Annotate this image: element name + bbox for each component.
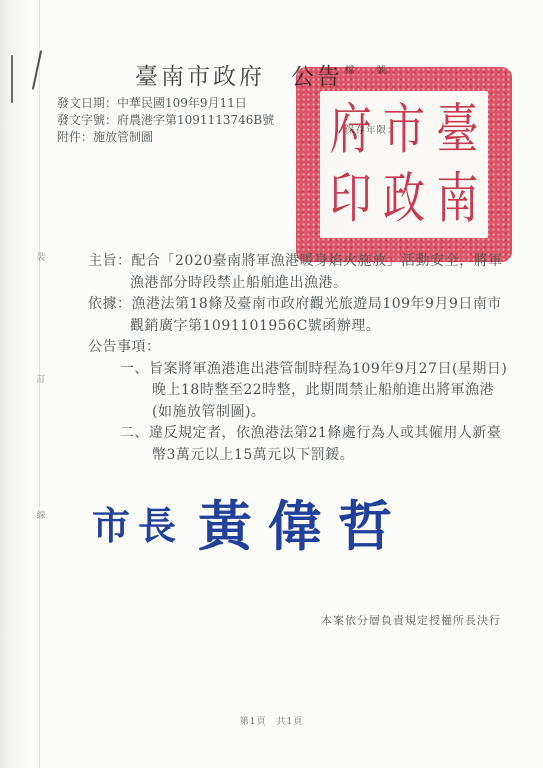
seal-character: 南 bbox=[436, 172, 478, 227]
seal-character: 政 bbox=[383, 172, 425, 227]
authorization-note: 本案依分層負責規定授權所長決行 bbox=[321, 612, 501, 628]
issue-date-value: 中華民國109年9月11日 bbox=[117, 96, 247, 110]
item-text: 違反規定者，依漁港法第21條處行為人或其僱用人新臺幣3萬元以上15萬元以下罰鍰。 bbox=[149, 425, 501, 463]
announcement-items-header: 公告事項： bbox=[88, 337, 512, 359]
seal-character: 印 bbox=[330, 172, 372, 227]
issue-date-label: 發文日期： bbox=[57, 96, 117, 110]
basis-text: 漁港法第18條及臺南市政府觀光旅遊局109年9月9日南市觀銷廣字第1091101… bbox=[130, 296, 502, 334]
document-page: 裝 訂 線 檔 號： 保存年限： 臺南市政府 公告 發文日期：中華民國109年9… bbox=[0, 0, 543, 768]
mayor-signature: 市長 黃偉哲 bbox=[92, 484, 408, 561]
page-number-footer: 第1頁 共1頁 bbox=[0, 714, 543, 727]
subject-clause: 主旨：配合「2020臺南將軍漁港暖身焰火施放」活動安全，將軍漁港部分時段禁止船舶… bbox=[88, 251, 512, 294]
official-seal-inner: 府 市 臺 印 政 南 bbox=[320, 91, 488, 238]
binding-mark-zhuang: 裝 bbox=[35, 250, 47, 263]
attachment-line: 附件：施放管制圖 bbox=[57, 129, 274, 146]
seal-character: 府 bbox=[330, 102, 372, 157]
seal-character: 市 bbox=[383, 102, 425, 157]
announcement-item-1: 一、旨案將軍漁港進出港管制時程為109年9月27日(星期日)晚上18時整至22時… bbox=[88, 359, 512, 424]
basis-label: 依據： bbox=[88, 296, 132, 312]
attachment-label: 附件： bbox=[57, 130, 93, 144]
mayor-title: 市長 bbox=[92, 495, 184, 550]
mayor-name: 黃偉哲 bbox=[198, 484, 408, 561]
doc-number-label: 發文字號： bbox=[57, 113, 117, 127]
subject-text: 配合「2020臺南將軍漁港暖身焰火施放」活動安全，將軍漁港部分時段禁止船舶進出漁… bbox=[130, 253, 503, 291]
document-metadata: 發文日期：中華民國109年9月11日 發文字號：府農港字第1091113746B… bbox=[57, 95, 274, 146]
official-seal: 府 市 臺 印 政 南 bbox=[296, 67, 512, 262]
item-number: 一、 bbox=[120, 361, 149, 377]
basis-clause: 依據：漁港法第18條及臺南市政府觀光旅遊局109年9月9日南市觀銷廣字第1091… bbox=[88, 294, 512, 337]
attachment-value: 施放管制圖 bbox=[93, 130, 153, 144]
issue-date-line: 發文日期：中華民國109年9月11日 bbox=[57, 95, 274, 112]
subject-label: 主旨： bbox=[88, 253, 132, 269]
announcement-item-2: 二、違反規定者，依漁港法第21條處行為人或其僱用人新臺幣3萬元以上15萬元以下罰… bbox=[88, 423, 512, 466]
doc-number-value: 府農港字第1091113746B號 bbox=[117, 113, 274, 127]
binding-mark-ding: 訂 bbox=[35, 372, 47, 385]
binding-mark-xian: 線 bbox=[35, 508, 47, 521]
doc-number-line: 發文字號：府農港字第1091113746B號 bbox=[57, 112, 274, 129]
announcement-body: 主旨：配合「2020臺南將軍漁港暖身焰火施放」活動安全，將軍漁港部分時段禁止船舶… bbox=[88, 251, 512, 466]
item-number: 二、 bbox=[120, 425, 149, 441]
seal-character: 臺 bbox=[436, 102, 478, 157]
item-text: 旨案將軍漁港進出港管制時程為109年9月27日(星期日)晚上18時整至22時整，… bbox=[149, 361, 507, 420]
